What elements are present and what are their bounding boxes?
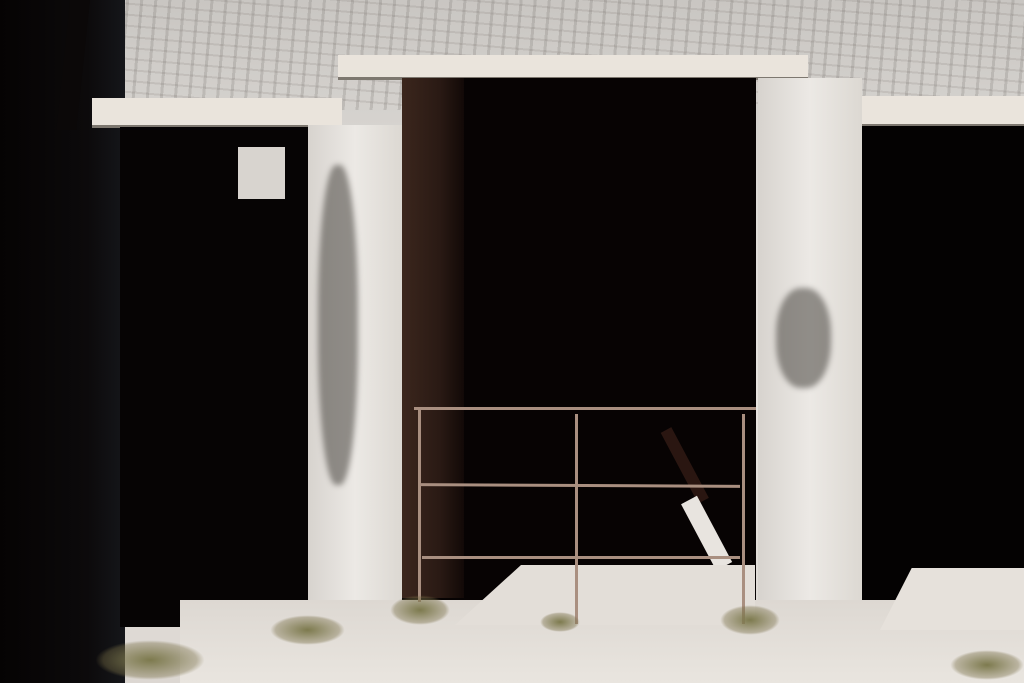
railing-post — [418, 407, 421, 602]
left-pier — [308, 125, 402, 625]
weeds — [270, 615, 345, 645]
railing-post — [742, 414, 745, 624]
weeds — [95, 640, 205, 680]
weeds — [540, 612, 580, 632]
right-pier — [758, 78, 862, 628]
railing-top-bar — [414, 407, 756, 410]
right-doorway — [862, 126, 1024, 626]
left-lintel — [92, 98, 342, 125]
pier-stain — [318, 165, 358, 485]
railing-post — [575, 414, 578, 624]
wall-opening — [238, 147, 285, 199]
center-lintel — [338, 55, 808, 77]
weeds — [720, 605, 780, 635]
interior-wall — [402, 78, 464, 598]
pier-stain — [776, 288, 831, 388]
weeds — [390, 595, 450, 625]
photo-scene — [0, 0, 1024, 683]
weeds — [950, 650, 1024, 680]
left-doorway — [120, 127, 308, 627]
railing-bottom-bar — [422, 556, 740, 559]
